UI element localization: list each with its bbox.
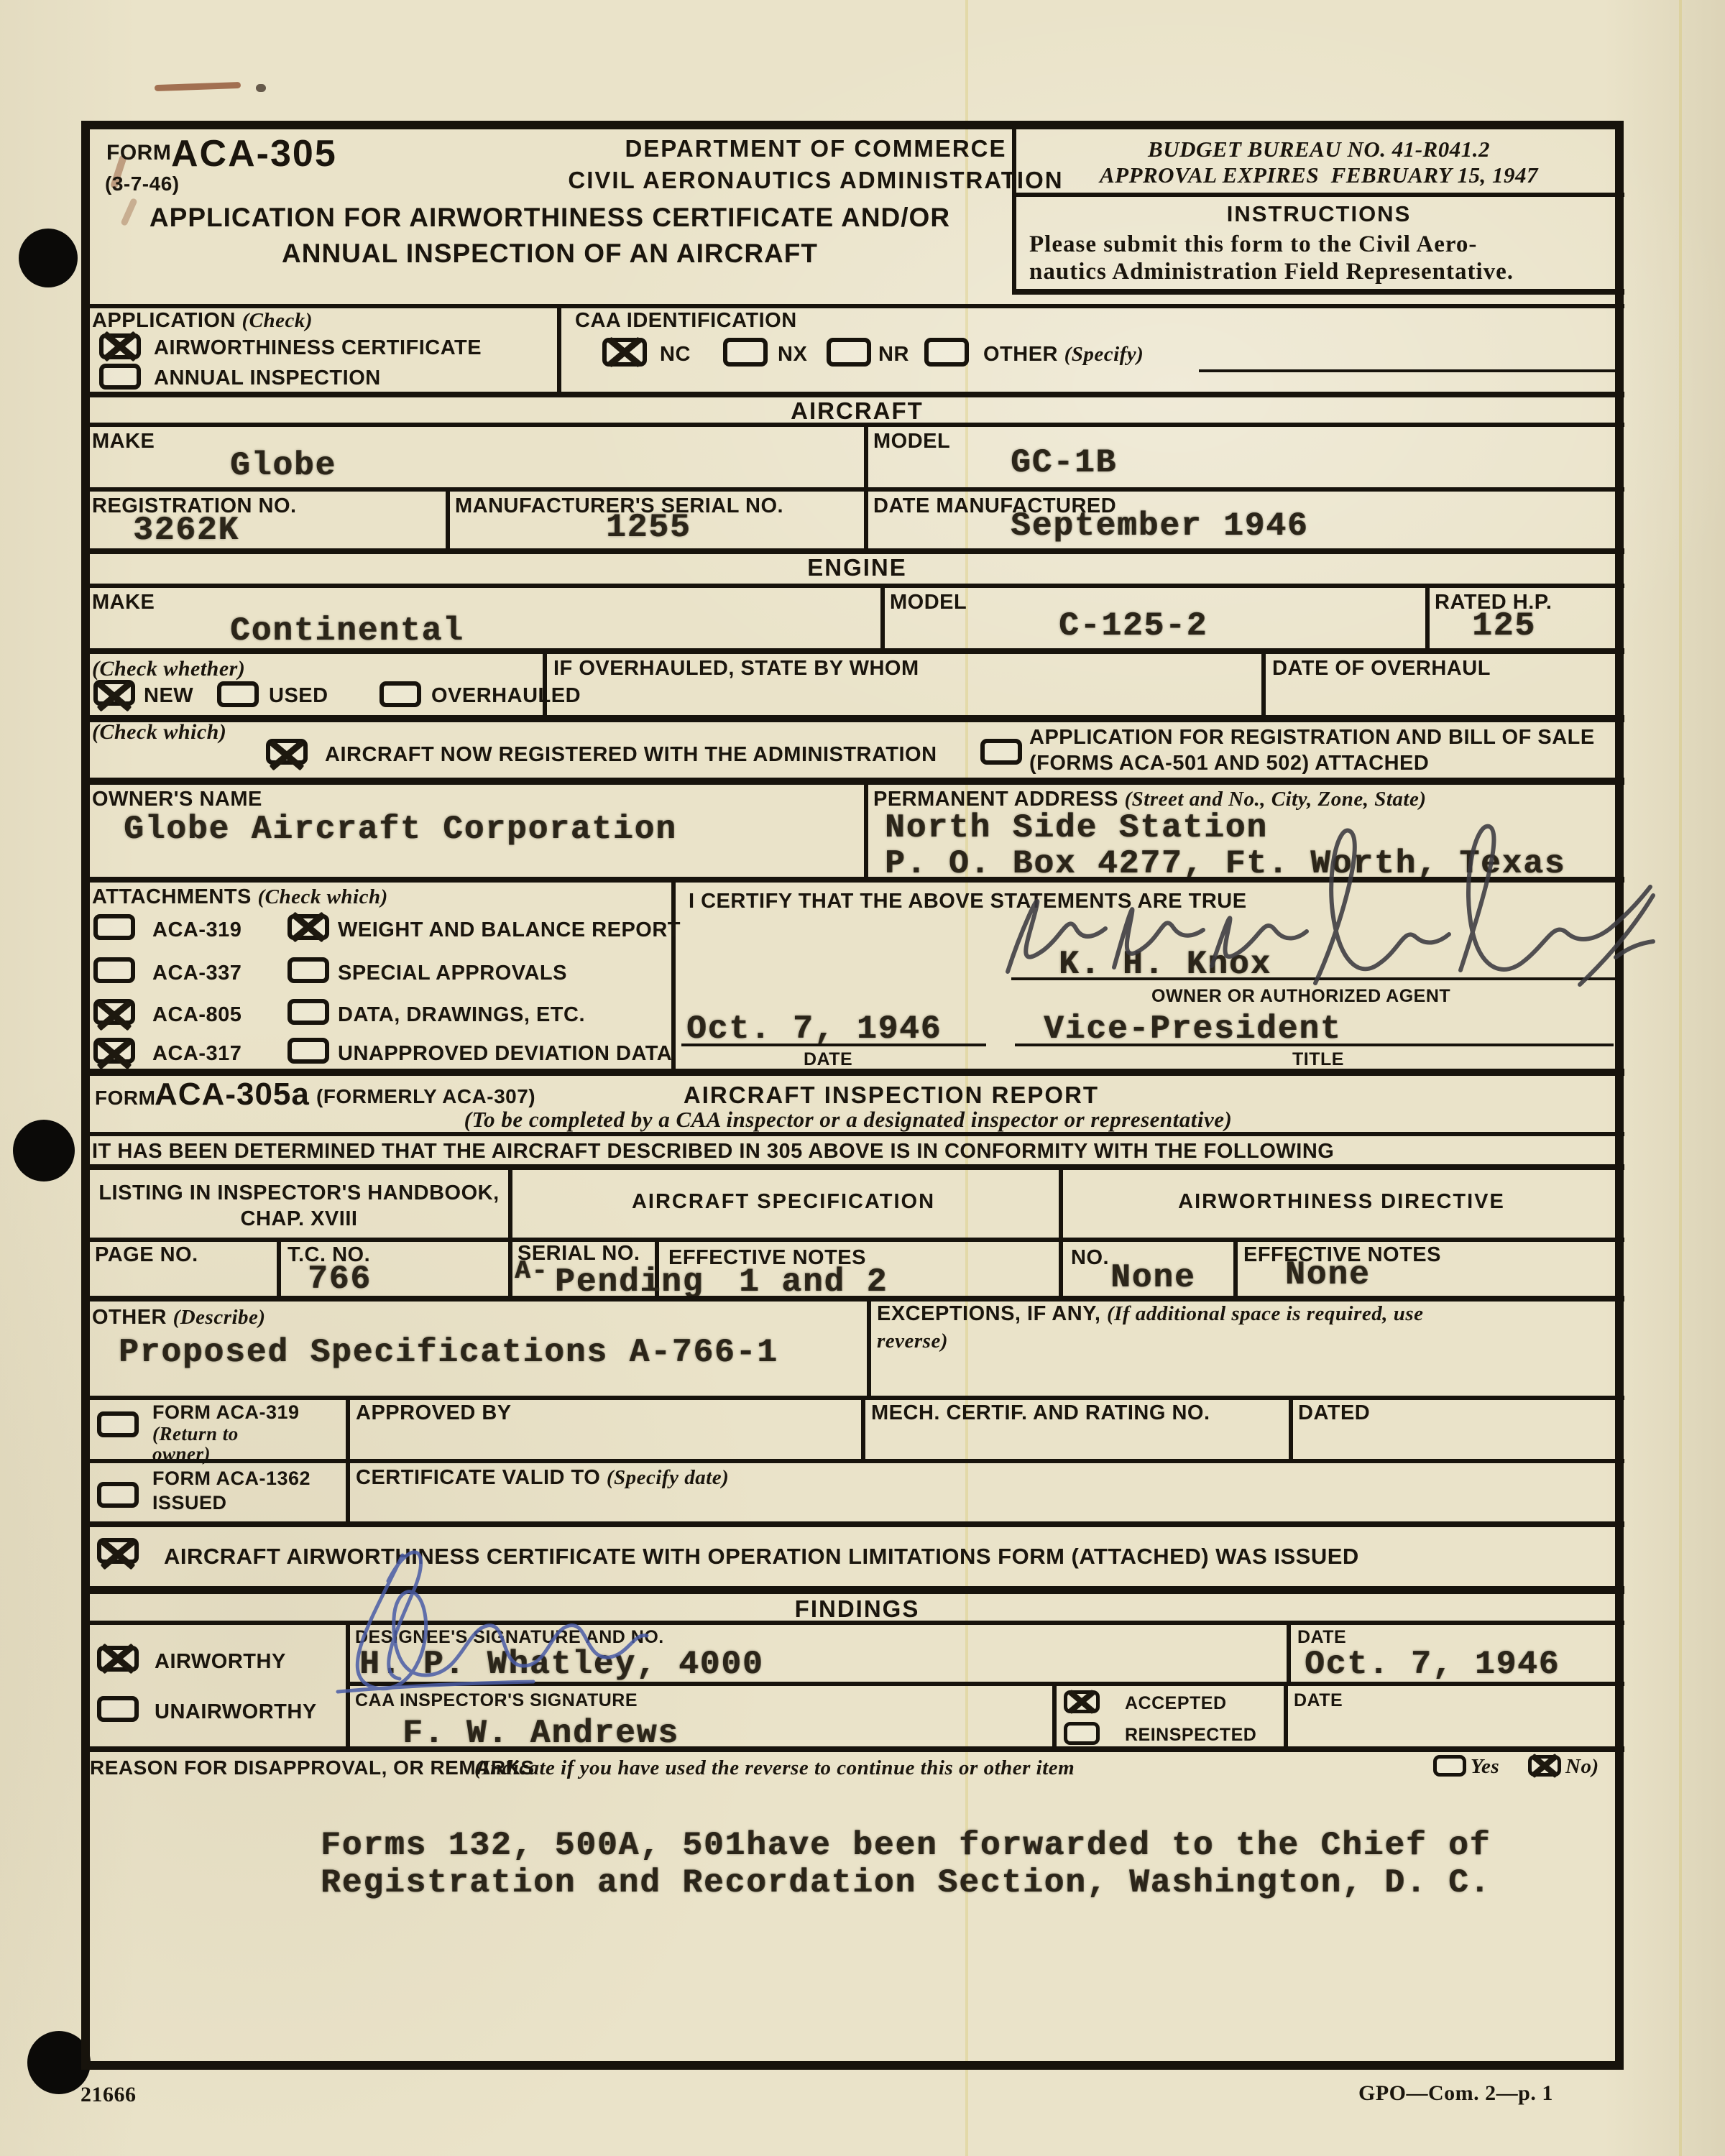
- checkbox-aca-317: [93, 1038, 135, 1064]
- section-line: [90, 1069, 1624, 1076]
- checkbox-nx: [723, 338, 768, 367]
- special-approvals-label: SPECIAL APPROVALS: [338, 962, 567, 985]
- remarks-line2: Registration and Recordation Section, Wa…: [321, 1864, 1491, 1902]
- airworthy-label: AIRWORTHY: [155, 1650, 286, 1674]
- aca-317-label: ACA-317: [152, 1042, 241, 1066]
- cell-divider: [1289, 1396, 1293, 1459]
- row-line: [90, 1396, 1624, 1400]
- section-line: [90, 548, 1624, 554]
- caa-identification-label: CAA IDENTIFICATION: [575, 309, 797, 333]
- row-line: [90, 1459, 1624, 1463]
- permanent-address-line1: North Side Station: [885, 809, 1268, 847]
- engine-model-label: MODEL: [890, 591, 967, 614]
- reason-hint: (Indicate if you have used the reverse t…: [474, 1756, 1075, 1780]
- directive-no-value: None: [1110, 1259, 1195, 1296]
- listing-header-line1: LISTING IN INSPECTOR'S HANDBOOK,: [90, 1181, 508, 1205]
- checkbox-unairworthy: [97, 1696, 139, 1722]
- other-label: OTHER (Specify): [983, 343, 1144, 367]
- designee-signature-label: DESIGNEE'S SIGNATURE AND NO.: [355, 1627, 664, 1648]
- checkbox-reinspected: [1064, 1722, 1100, 1745]
- aircraft-model-label: MODEL: [873, 430, 950, 453]
- aca-337-label: ACA-337: [152, 962, 241, 985]
- findings-banner: FINDINGS: [90, 1595, 1624, 1623]
- cell-divider: [543, 648, 547, 715]
- registration-application-line1: APPLICATION FOR REGISTRATION AND BILL OF…: [1029, 726, 1595, 750]
- registration-no-value: 3262K: [133, 512, 239, 549]
- cell-divider: [864, 423, 868, 487]
- remarks-line1: Forms 132, 500A, 501have been forwarded …: [321, 1827, 1491, 1864]
- cell-divider: [864, 778, 868, 877]
- row-line: [90, 1296, 1624, 1302]
- cell-divider: [1425, 584, 1430, 648]
- engine-new-label: NEW: [144, 684, 193, 708]
- scan-streak: [1679, 0, 1682, 2156]
- serial-prefix-value: A-: [515, 1256, 548, 1286]
- accepted-label: ACCEPTED: [1125, 1693, 1227, 1714]
- aca-319-label: ACA-319: [152, 918, 241, 942]
- weight-balance-label: WEIGHT AND BALANCE REPORT: [338, 918, 681, 942]
- checkbox-airworthiness-certificate: [99, 333, 141, 359]
- row-line: [90, 1521, 1624, 1527]
- cell-divider: [861, 1396, 865, 1459]
- instructions-box-bottom: [1012, 289, 1624, 295]
- instructions-title: INSTRUCTIONS: [1021, 201, 1617, 227]
- check-which-hint: (Check which): [92, 720, 226, 745]
- determination-statement: IT HAS BEEN DETERMINED THAT THE AIRCRAFT…: [92, 1140, 1334, 1164]
- data-drawings-label: DATA, DRAWINGS, ETC.: [338, 1003, 585, 1027]
- row-line: [90, 648, 1624, 654]
- accepted-cell-divider: [1052, 1682, 1057, 1746]
- ink-stain: [155, 82, 241, 91]
- directive-no-label: NO.: [1071, 1246, 1109, 1270]
- permanent-address-label: PERMANENT ADDRESS (Street and No., City,…: [873, 788, 1427, 811]
- other-describe-value: Proposed Specifications A-766-1: [119, 1334, 778, 1371]
- certify-title-line: [1015, 1044, 1614, 1046]
- engine-make-value: Continental: [230, 612, 464, 650]
- annual-inspection-label: ANNUAL INSPECTION: [154, 367, 381, 390]
- checkbox-engine-used: [217, 681, 259, 707]
- caa-inspector-label: CAA INSPECTOR'S SIGNATURE: [355, 1690, 638, 1711]
- checkbox-aca-805: [93, 999, 135, 1025]
- row-line: [90, 1132, 1624, 1136]
- row-line: [90, 1238, 1624, 1242]
- section-line: [90, 304, 1624, 308]
- certificate-valid-to-label: CERTIFICATE VALID TO (Specify date): [356, 1466, 729, 1490]
- table-divider: [1233, 1238, 1238, 1296]
- certify-date-value: Oct. 7, 1946: [686, 1010, 942, 1048]
- engine-make-label: MAKE: [92, 591, 155, 614]
- certify-title-label: TITLE: [1292, 1049, 1344, 1070]
- dated-label: DATED: [1298, 1401, 1370, 1425]
- certify-date-label: DATE: [804, 1049, 852, 1070]
- checkbox-reverse-no: [1528, 1755, 1561, 1777]
- certify-title-value: Vice-President: [1044, 1010, 1341, 1048]
- ink-stain: [256, 84, 266, 92]
- directive-notes-value: None: [1285, 1256, 1370, 1294]
- row-line: [90, 1164, 1624, 1170]
- listing-header-line2: CHAP. XVIII: [90, 1207, 508, 1231]
- owners-name-value: Globe Aircraft Corporation: [124, 811, 677, 848]
- attachments-certify-divider: [671, 877, 676, 1069]
- findings-date2-label: DATE: [1294, 1690, 1343, 1711]
- checkbox-annual-inspection: [99, 364, 141, 390]
- engine-overhauled-label: OVERHAULED: [431, 684, 581, 708]
- form-aca-1362-label: FORM ACA-1362: [152, 1468, 310, 1490]
- row-line: [90, 487, 1624, 492]
- certify-date-line: [681, 1044, 986, 1046]
- cell-divider: [446, 487, 450, 548]
- section-line: [90, 423, 1624, 427]
- checkbox-engine-overhauled: [379, 681, 421, 707]
- other-specify-blank: [1199, 369, 1616, 372]
- form-title-line2: ANNUAL INSPECTION OF AN AIRCRAFT: [90, 239, 1010, 269]
- reverse-yes-label: Yes: [1471, 1755, 1499, 1779]
- checkbox-data-drawings: [287, 999, 329, 1025]
- aircraft-make-label: MAKE: [92, 430, 155, 453]
- budget-bureau-line2: APPROVAL EXPIRES FEBRUARY 15, 1947: [1021, 162, 1617, 188]
- row-line: [90, 715, 1624, 722]
- form-revision: (3-7-46): [105, 172, 180, 195]
- checkbox-nc: [602, 338, 647, 367]
- inspection-report-subtitle: (To be completed by a CAA inspector or a…: [172, 1107, 1524, 1133]
- engine-banner: ENGINE: [90, 554, 1624, 581]
- date-of-overhaul-label: DATE OF OVERHAUL: [1272, 657, 1491, 681]
- aca-805-label: ACA-805: [152, 1003, 241, 1027]
- checkbox-aircraft-registered: [266, 739, 308, 765]
- airworthiness-directive-header: AIRWORTHINESS DIRECTIVE: [1059, 1190, 1624, 1214]
- findings-date-value: Oct. 7, 1946: [1305, 1646, 1560, 1683]
- date-manufactured-value: September 1946: [1011, 507, 1308, 545]
- checkbox-other: [924, 338, 969, 367]
- cell-divider: [864, 487, 868, 548]
- checkbox-special-approvals: [287, 957, 329, 983]
- instructions-line1: Please submit this form to the Civil Aer…: [1029, 231, 1477, 258]
- form-aca-319-label: FORM ACA-319: [152, 1401, 300, 1424]
- findings-date-label: DATE: [1297, 1627, 1346, 1648]
- application-caa-divider: [557, 304, 561, 392]
- reinspected-label: REINSPECTED: [1125, 1725, 1256, 1746]
- inspection-report-title: AIRCRAFT INSPECTION REPORT: [431, 1082, 1351, 1109]
- form-number: ACA-305: [171, 132, 337, 175]
- section-line: [90, 1586, 1624, 1594]
- checkbox-weight-balance: [287, 914, 329, 940]
- rated-hp-value: 125: [1472, 607, 1536, 645]
- footer-serial: 21666: [80, 2083, 137, 2107]
- mfr-serial-value: 1255: [606, 509, 691, 546]
- row-line: [90, 877, 1624, 883]
- checkbox-registration-application: [980, 739, 1022, 765]
- checkbox-engine-new: [93, 680, 135, 706]
- section-line: [90, 584, 1624, 588]
- form-aca-319-hint1: (Return to: [152, 1423, 239, 1445]
- section-line: [90, 392, 1624, 397]
- aircraft-banner: AIRCRAFT: [90, 397, 1624, 425]
- exceptions-label: EXCEPTIONS, IF ANY, (If additional space…: [877, 1302, 1424, 1326]
- owner-agent-signature-line: [1011, 977, 1623, 980]
- application-label: APPLICATION (Check): [92, 309, 313, 333]
- checkbox-aca-337: [93, 957, 135, 983]
- aircraft-specification-header: AIRCRAFT SPECIFICATION: [508, 1190, 1059, 1214]
- reverse-no-label: No): [1565, 1755, 1599, 1779]
- row-line: [346, 1682, 1624, 1686]
- overhauled-by-whom-label: IF OVERHAULED, STATE BY WHOM: [553, 657, 919, 681]
- checkbox-aca-319: [93, 914, 135, 940]
- footer-gpo: GPO—Com. 2—p. 1: [1358, 2081, 1553, 2106]
- designee-signature-value: H. P. Whatley, 4000: [359, 1646, 764, 1683]
- nr-label: NR: [878, 343, 909, 367]
- exceptions-label-line2: reverse): [877, 1330, 948, 1353]
- form-word: FORM: [106, 141, 171, 165]
- checkbox-nr: [827, 338, 871, 367]
- tc-no-value: 766: [308, 1261, 372, 1298]
- nx-label: NX: [778, 343, 807, 367]
- table-divider: [508, 1164, 512, 1297]
- budget-bureau-line1: BUDGET BUREAU NO. 41-R041.2: [1021, 137, 1617, 162]
- header-divider: [1012, 122, 1016, 295]
- table-divider: [277, 1238, 281, 1296]
- registration-application-line2: (FORMS ACA-501 AND 502) ATTACHED: [1029, 752, 1429, 775]
- engine-used-label: USED: [269, 684, 328, 708]
- mech-certif-label: MECH. CERTIF. AND RATING NO.: [871, 1401, 1210, 1425]
- scanned-form-aca-305: FORM ACA-305 (3-7-46) DEPARTMENT OF COMM…: [0, 0, 1725, 2156]
- reason-label: REASON FOR DISAPPROVAL, OR REMARKS: [90, 1756, 535, 1779]
- section-line: [90, 1621, 1624, 1625]
- checkbox-unapproved-deviation: [287, 1038, 329, 1064]
- unapproved-deviation-label: UNAPPROVED DEVIATION DATA: [338, 1042, 672, 1066]
- form-title-line1: APPLICATION FOR AIRWORTHINESS CERTIFICAT…: [90, 203, 1010, 233]
- cell-divider: [880, 584, 885, 648]
- approved-by-label: APPROVED BY: [356, 1401, 512, 1425]
- findings-date-divider: [1287, 1621, 1291, 1682]
- cert-issued-label: AIRCRAFT AIRWORTHINESS CERTIFICATE WITH …: [164, 1544, 1359, 1570]
- attachments-label: ATTACHMENTS (Check which): [92, 885, 388, 909]
- other-describe-label: OTHER (Describe): [92, 1306, 266, 1330]
- page-no-label: PAGE NO.: [95, 1243, 198, 1267]
- form-aca-1362-issued-label: ISSUED: [152, 1492, 227, 1514]
- checkbox-cert-issued: [97, 1538, 139, 1564]
- punch-hole: [19, 229, 78, 287]
- checkbox-reverse-yes: [1433, 1755, 1466, 1777]
- row-line: [90, 1746, 1624, 1752]
- checkbox-accepted: [1064, 1690, 1100, 1713]
- unairworthy-label: UNAIRWORTHY: [155, 1700, 317, 1724]
- checkbox-form-aca-319: [97, 1411, 139, 1437]
- checkbox-airworthy: [97, 1646, 139, 1672]
- nc-label: NC: [660, 343, 691, 367]
- punch-hole: [13, 1120, 75, 1181]
- cell-divider: [867, 1296, 871, 1396]
- aircraft-registered-label: AIRCRAFT NOW REGISTERED WITH THE ADMINIS…: [325, 743, 937, 767]
- owner-agent-label: OWNER OR AUTHORIZED AGENT: [1151, 986, 1450, 1007]
- aircraft-model-value: GC-1B: [1011, 444, 1117, 482]
- certify-statement: I CERTIFY THAT THE ABOVE STATEMENTS ARE …: [689, 890, 1247, 913]
- checkbox-form-aca-1362: [97, 1482, 139, 1508]
- owners-name-label: OWNER'S NAME: [92, 788, 262, 811]
- form-305a-word: FORM: [95, 1087, 155, 1110]
- budget-box-bottom: [1012, 193, 1624, 197]
- aircraft-make-value: Globe: [230, 447, 336, 484]
- instructions-line2: nautics Administration Field Representat…: [1029, 259, 1514, 285]
- date2-cell-divider: [1284, 1682, 1288, 1746]
- airworthiness-certificate-label: AIRWORTHINESS CERTIFICATE: [154, 336, 482, 360]
- check-whether-hint: (Check whether): [92, 657, 245, 681]
- table-divider: [1059, 1164, 1063, 1297]
- engine-model-value: C-125-2: [1059, 607, 1207, 645]
- row-line: [90, 778, 1624, 785]
- cell-divider: [1261, 648, 1266, 715]
